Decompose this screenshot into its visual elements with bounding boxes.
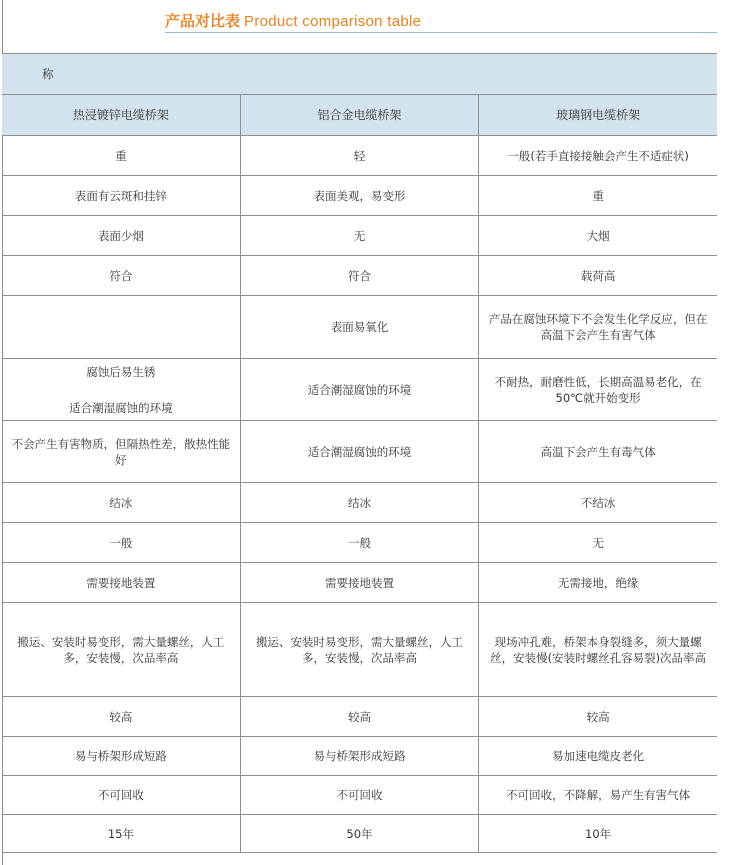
multi-line-cell: 腐蚀后易生锈适合潮湿腐蚀的环境 bbox=[6, 364, 236, 416]
table-cell: 适合潮湿腐蚀的环境 bbox=[240, 359, 478, 421]
table-cell: 大烟 bbox=[479, 216, 717, 256]
table-cell: 符合 bbox=[2, 256, 240, 296]
table-cell: 表面易氧化 bbox=[240, 296, 478, 359]
table-row: 15年50年10年 bbox=[2, 815, 717, 853]
table-row: 不可回收不可回收不可回收，不降解，易产生有害气体 bbox=[2, 776, 717, 815]
table-cell: 较高 bbox=[479, 697, 717, 737]
column-header-row: 热浸镀锌电缆桥架 铝合金电缆桥架 玻璃钢电缆桥架 bbox=[2, 95, 717, 136]
table-row: 结冰结冰不结冰 bbox=[2, 483, 717, 523]
table-cell: 不可回收，不降解，易产生有害气体 bbox=[479, 776, 717, 815]
table-cell: 不可回收 bbox=[240, 776, 478, 815]
table-cell: 产品在腐蚀环境下不会发生化学反应，但在高温下会产生有害气体 bbox=[479, 296, 717, 359]
table-row: 较高较高较高 bbox=[2, 697, 717, 737]
table-cell: 表面美观，易变形 bbox=[240, 176, 478, 216]
table-cell: 不结冰 bbox=[479, 483, 717, 523]
table-cell: 腐蚀后易生锈适合潮湿腐蚀的环境 bbox=[2, 359, 240, 421]
table-cell: 适合潮湿腐蚀的环境 bbox=[240, 421, 478, 483]
table-cell: 易加速电缆皮老化 bbox=[479, 737, 717, 776]
table-cell: 现场冲孔难，桥架本身裂缝多，须大量螺丝，安装慢(安装时螺丝孔容易裂)次品率高 bbox=[479, 603, 717, 697]
column-header-aluminum-alloy: 铝合金电缆桥架 bbox=[240, 95, 478, 136]
table-row: 表面易氧化产品在腐蚀环境下不会发生化学反应，但在高温下会产生有害气体 bbox=[2, 296, 717, 359]
table-cell: 不会产生有害物质，但隔热性差，散热性能好 bbox=[2, 421, 240, 483]
table-row: 一般一般无 bbox=[2, 523, 717, 563]
table-cell: 较高 bbox=[2, 697, 240, 737]
page-title: 产品对比表Product comparison table bbox=[165, 10, 717, 33]
table-cell: 无 bbox=[240, 216, 478, 256]
table-cell: 一般(若手直接接触会产生不适症状) bbox=[479, 136, 717, 176]
table-row: 重轻一般(若手直接接触会产生不适症状) bbox=[2, 136, 717, 176]
table-cell: 重 bbox=[479, 176, 717, 216]
table-cell: 无需接地，绝缘 bbox=[479, 563, 717, 603]
table-cell: 50年 bbox=[240, 815, 478, 853]
table-cell: 重 bbox=[2, 136, 240, 176]
table-row: 需要接地装置需要接地装置无需接地，绝缘 bbox=[2, 563, 717, 603]
table-cell: 高温下会产生有毒气体 bbox=[479, 421, 717, 483]
table-cell: 轻 bbox=[240, 136, 478, 176]
table-row: 符合符合载荷高 bbox=[2, 256, 717, 296]
table-cell: 搬运、安装时易变形，需大量螺丝，人工多，安装慢，次品率高 bbox=[2, 603, 240, 697]
table-row: 表面有云斑和挂锌表面美观，易变形重 bbox=[2, 176, 717, 216]
name-header-row: 称 bbox=[2, 54, 717, 95]
table-cell: 一般 bbox=[240, 523, 478, 563]
table-cell: 符合 bbox=[240, 256, 478, 296]
table-cell: 较高 bbox=[240, 697, 478, 737]
table-cell: 易与桥架形成短路 bbox=[240, 737, 478, 776]
table-cell: 结冰 bbox=[240, 483, 478, 523]
table-cell: 不耐热，耐磨性低，长期高温易老化，在50℃就开始变形 bbox=[479, 359, 717, 421]
table-cell: 易与桥架形成短路 bbox=[2, 737, 240, 776]
table-cell: 表面少烟 bbox=[2, 216, 240, 256]
table-cell: 无 bbox=[479, 523, 717, 563]
table-cell: 搬运、安装时易变形，需大量螺丝，人工多，安装慢，次品率高 bbox=[240, 603, 478, 697]
table-cell: 载荷高 bbox=[479, 256, 717, 296]
table-row: 不会产生有害物质，但隔热性差，散热性能好适合潮湿腐蚀的环境高温下会产生有毒气体 bbox=[2, 421, 717, 483]
name-label: 称 bbox=[2, 54, 717, 95]
table-cell: 10年 bbox=[479, 815, 717, 853]
table-cell: 一般 bbox=[2, 523, 240, 563]
cell-line: 腐蚀后易生锈 bbox=[6, 364, 236, 380]
title-chinese: 产品对比表 bbox=[165, 12, 240, 30]
column-header-hot-dip-galvanized: 热浸镀锌电缆桥架 bbox=[2, 95, 240, 136]
table-row: 表面少烟无大烟 bbox=[2, 216, 717, 256]
title-english: Product comparison table bbox=[244, 13, 421, 30]
table-cell: 表面有云斑和挂锌 bbox=[2, 176, 240, 216]
table-cell: 不可回收 bbox=[2, 776, 240, 815]
table-row: 腐蚀后易生锈适合潮湿腐蚀的环境适合潮湿腐蚀的环境不耐热，耐磨性低，长期高温易老化… bbox=[2, 359, 717, 421]
table-cell: 结冰 bbox=[2, 483, 240, 523]
cell-line: 适合潮湿腐蚀的环境 bbox=[6, 400, 236, 416]
table-cell: 需要接地装置 bbox=[240, 563, 478, 603]
table-row: 易与桥架形成短路易与桥架形成短路易加速电缆皮老化 bbox=[2, 737, 717, 776]
table-cell bbox=[2, 296, 240, 359]
table-cell: 15年 bbox=[2, 815, 240, 853]
comparison-table: 称 热浸镀锌电缆桥架 铝合金电缆桥架 玻璃钢电缆桥架 重轻一般(若手直接接触会产… bbox=[2, 53, 717, 853]
table-cell: 需要接地装置 bbox=[2, 563, 240, 603]
column-header-fiberglass: 玻璃钢电缆桥架 bbox=[479, 95, 717, 136]
table-row: 搬运、安装时易变形，需大量螺丝，人工多，安装慢，次品率高搬运、安装时易变形，需大… bbox=[2, 603, 717, 697]
